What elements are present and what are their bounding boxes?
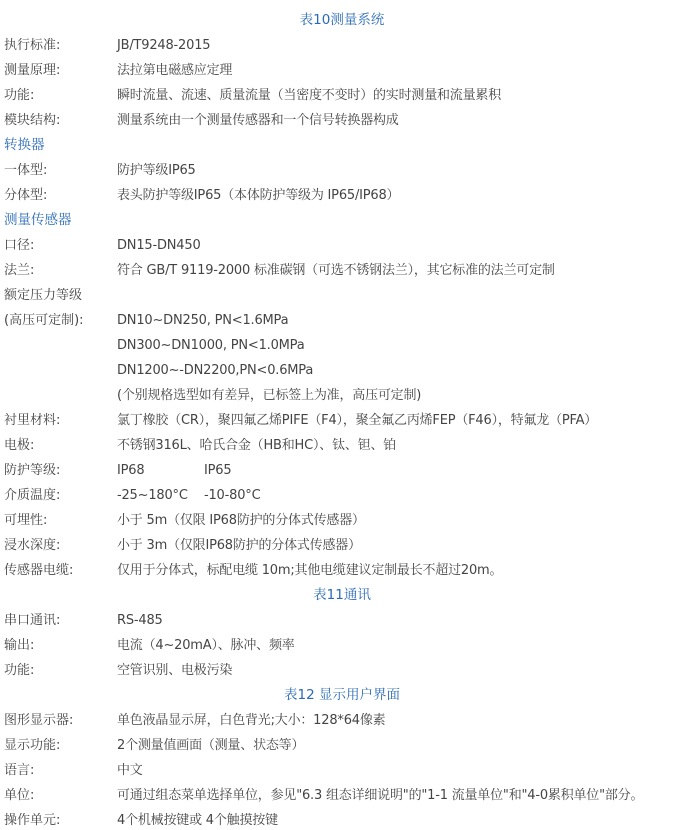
row-value: 不锈钢316L、哈氏合金（HB和HC）、钛、钽、铂 bbox=[117, 433, 396, 458]
row-label: 执行标准: bbox=[0, 33, 117, 58]
spec-row-pressure-heading: 额定压力等级 bbox=[0, 283, 684, 308]
temperature-col2: -10-80°C bbox=[204, 483, 260, 508]
row-value: 小于 5m（仅限 IP68防护的分体式传感器） bbox=[117, 508, 365, 533]
row-value: 法拉第电磁感应定理 bbox=[117, 58, 232, 83]
row-value: DN10~DN250, PN<1.6MPa bbox=[117, 308, 288, 333]
row-value: 瞬时流量、流速、质量流量（当密度不变时）的实时测量和流量累积 bbox=[117, 83, 501, 108]
spec-row-pressure-1: (高压可定制): DN10~DN250, PN<1.6MPa bbox=[0, 308, 684, 333]
row-value: DN15-DN450 bbox=[117, 233, 201, 258]
row-label: 口径: bbox=[0, 233, 117, 258]
row-label: 单位: bbox=[0, 783, 117, 808]
row-label: 显示功能: bbox=[0, 733, 117, 758]
row-label: 法兰: bbox=[0, 258, 117, 283]
row-label: 图形显示器: bbox=[0, 708, 117, 733]
row-label-empty bbox=[0, 358, 117, 383]
spec-row-module-structure: 模块结构: 测量系统由一个测量传感器和一个信号转换器构成 bbox=[0, 108, 684, 133]
row-value: 单色液晶显示屏，白色背光;大小：128*64像素 bbox=[117, 708, 385, 733]
row-label-empty bbox=[0, 383, 117, 408]
spec-row-cable: 传感器电缆: 仅用于分体式，标配电缆 10m;其他电缆建议定制最长不超过20m。 bbox=[0, 558, 684, 583]
row-label: 分体型: bbox=[0, 183, 117, 208]
spec-row-pressure-2: DN300~DN1000, PN<1.0MPa bbox=[0, 333, 684, 358]
row-value: (个别规格选型如有差异，已标签上为准，高压可定制) bbox=[117, 383, 421, 408]
spec-row-buriable: 可埋性: 小于 5m（仅限 IP68防护的分体式传感器） bbox=[0, 508, 684, 533]
row-value: RS-485 bbox=[117, 608, 163, 633]
row-label: 操作单元: bbox=[0, 808, 117, 830]
row-value: -25~180°C-10-80°C bbox=[117, 483, 260, 508]
row-label: (高压可定制): bbox=[0, 308, 117, 333]
row-label: 功能: bbox=[0, 83, 117, 108]
row-label: 一体型: bbox=[0, 158, 117, 183]
spec-row-diameter: 口径: DN15-DN450 bbox=[0, 233, 684, 258]
spec-row-flange: 法兰: 符合 GB/T 9119-2000 标准碳钢（可选不锈钢法兰），其它标准… bbox=[0, 258, 684, 283]
row-label: 电极: bbox=[0, 433, 117, 458]
spec-row-language: 语言: 中文 bbox=[0, 758, 684, 783]
row-value: 小于 3m（仅限IP68防护的分体式传感器） bbox=[117, 533, 361, 558]
spec-row-temperature: 介质温度: -25~180°C-10-80°C bbox=[0, 483, 684, 508]
row-label: 传感器电缆: bbox=[0, 558, 117, 583]
spec-row-lining: 衬里材料: 氯丁橡胶（CR），聚四氟乙烯PIFE（F4），聚全氟乙丙烯FEP（F… bbox=[0, 408, 684, 433]
row-value: 可通过组态菜单选择单位，参见"6.3 组态详细说明"的"1-1 流量单位"和"4… bbox=[117, 783, 643, 808]
row-label-empty bbox=[0, 333, 117, 358]
table10-caption: 表10测量系统 bbox=[0, 8, 684, 33]
spec-row-electrode: 电极: 不锈钢316L、哈氏合金（HB和HC）、钛、钽、铂 bbox=[0, 433, 684, 458]
row-value: 防护等级IP65 bbox=[117, 158, 196, 183]
spec-row-principle: 测量原理: 法拉第电磁感应定理 bbox=[0, 58, 684, 83]
spec-row-operation: 操作单元: 4个机械按键或 4个触摸按键 bbox=[0, 808, 684, 830]
spec-row-immersion: 浸水深度: 小于 3m（仅限IP68防护的分体式传感器） bbox=[0, 533, 684, 558]
converter-heading: 转换器 bbox=[0, 133, 684, 158]
row-value: 2个测量值画面（测量、状态等） bbox=[117, 733, 304, 758]
spec-row-comm-function: 功能: 空管识别、电极污染 bbox=[0, 658, 684, 683]
row-value: 表头防护等级IP65（本体防护等级为 IP65/IP68） bbox=[117, 183, 399, 208]
table12-caption: 表12 显示用户界面 bbox=[0, 683, 684, 708]
row-label: 可埋性: bbox=[0, 508, 117, 533]
row-value: JB/T9248-2015 bbox=[117, 33, 210, 58]
row-label: 防护等级: bbox=[0, 458, 117, 483]
spec-row-standard: 执行标准: JB/T9248-2015 bbox=[0, 33, 684, 58]
spec-row-function: 功能: 瞬时流量、流速、质量流量（当密度不变时）的实时测量和流量累积 bbox=[0, 83, 684, 108]
row-label: 测量原理: bbox=[0, 58, 117, 83]
spec-document: 表10测量系统 执行标准: JB/T9248-2015 测量原理: 法拉第电磁感… bbox=[0, 8, 684, 830]
protection-col1: IP68 bbox=[117, 458, 204, 483]
row-value: 符合 GB/T 9119-2000 标准碳钢（可选不锈钢法兰），其它标准的法兰可… bbox=[117, 258, 555, 283]
row-label: 功能: bbox=[0, 658, 117, 683]
row-value: DN1200~-DN2200,PN<0.6MPa bbox=[117, 358, 313, 383]
spec-row-unit: 单位: 可通过组态菜单选择单位，参见"6.3 组态详细说明"的"1-1 流量单位… bbox=[0, 783, 684, 808]
table11-caption: 表11通讯 bbox=[0, 583, 684, 608]
row-value: IP68IP65 bbox=[117, 458, 231, 483]
row-value: 4个机械按键或 4个触摸按键 bbox=[117, 808, 278, 830]
row-value: 测量系统由一个测量传感器和一个信号转换器构成 bbox=[117, 108, 399, 133]
protection-col2: IP65 bbox=[204, 458, 231, 483]
spec-row-display-function: 显示功能: 2个测量值画面（测量、状态等） bbox=[0, 733, 684, 758]
row-value: 氯丁橡胶（CR），聚四氟乙烯PIFE（F4），聚全氟乙丙烯FEP（F46），特氟… bbox=[117, 408, 597, 433]
spec-row-display: 图形显示器: 单色液晶显示屏，白色背光;大小：128*64像素 bbox=[0, 708, 684, 733]
row-value: DN300~DN1000, PN<1.0MPa bbox=[117, 333, 305, 358]
spec-row-remote: 分体型: 表头防护等级IP65（本体防护等级为 IP65/IP68） bbox=[0, 183, 684, 208]
spec-row-serial: 串口通讯: RS-485 bbox=[0, 608, 684, 633]
row-label: 浸水深度: bbox=[0, 533, 117, 558]
spec-row-pressure-3: DN1200~-DN2200,PN<0.6MPa bbox=[0, 358, 684, 383]
row-label: 模块结构: bbox=[0, 108, 117, 133]
row-label: 语言: bbox=[0, 758, 117, 783]
row-label: 介质温度: bbox=[0, 483, 117, 508]
row-label: 衬里材料: bbox=[0, 408, 117, 433]
row-value: 仅用于分体式，标配电缆 10m;其他电缆建议定制最长不超过20m。 bbox=[117, 558, 502, 583]
spec-row-pressure-note: (个别规格选型如有差异，已标签上为准，高压可定制) bbox=[0, 383, 684, 408]
row-value: 空管识别、电极污染 bbox=[117, 658, 232, 683]
row-value: 中文 bbox=[117, 758, 143, 783]
spec-row-output: 输出: 电流（4~20mA）、脉冲、频率 bbox=[0, 633, 684, 658]
row-value: 电流（4~20mA）、脉冲、频率 bbox=[117, 633, 295, 658]
sensor-heading: 测量传感器 bbox=[0, 208, 684, 233]
spec-row-protection: 防护等级: IP68IP65 bbox=[0, 458, 684, 483]
row-label: 额定压力等级 bbox=[0, 283, 82, 308]
row-label: 串口通讯: bbox=[0, 608, 117, 633]
row-label: 输出: bbox=[0, 633, 117, 658]
temperature-col1: -25~180°C bbox=[117, 483, 204, 508]
spec-row-integrated: 一体型: 防护等级IP65 bbox=[0, 158, 684, 183]
